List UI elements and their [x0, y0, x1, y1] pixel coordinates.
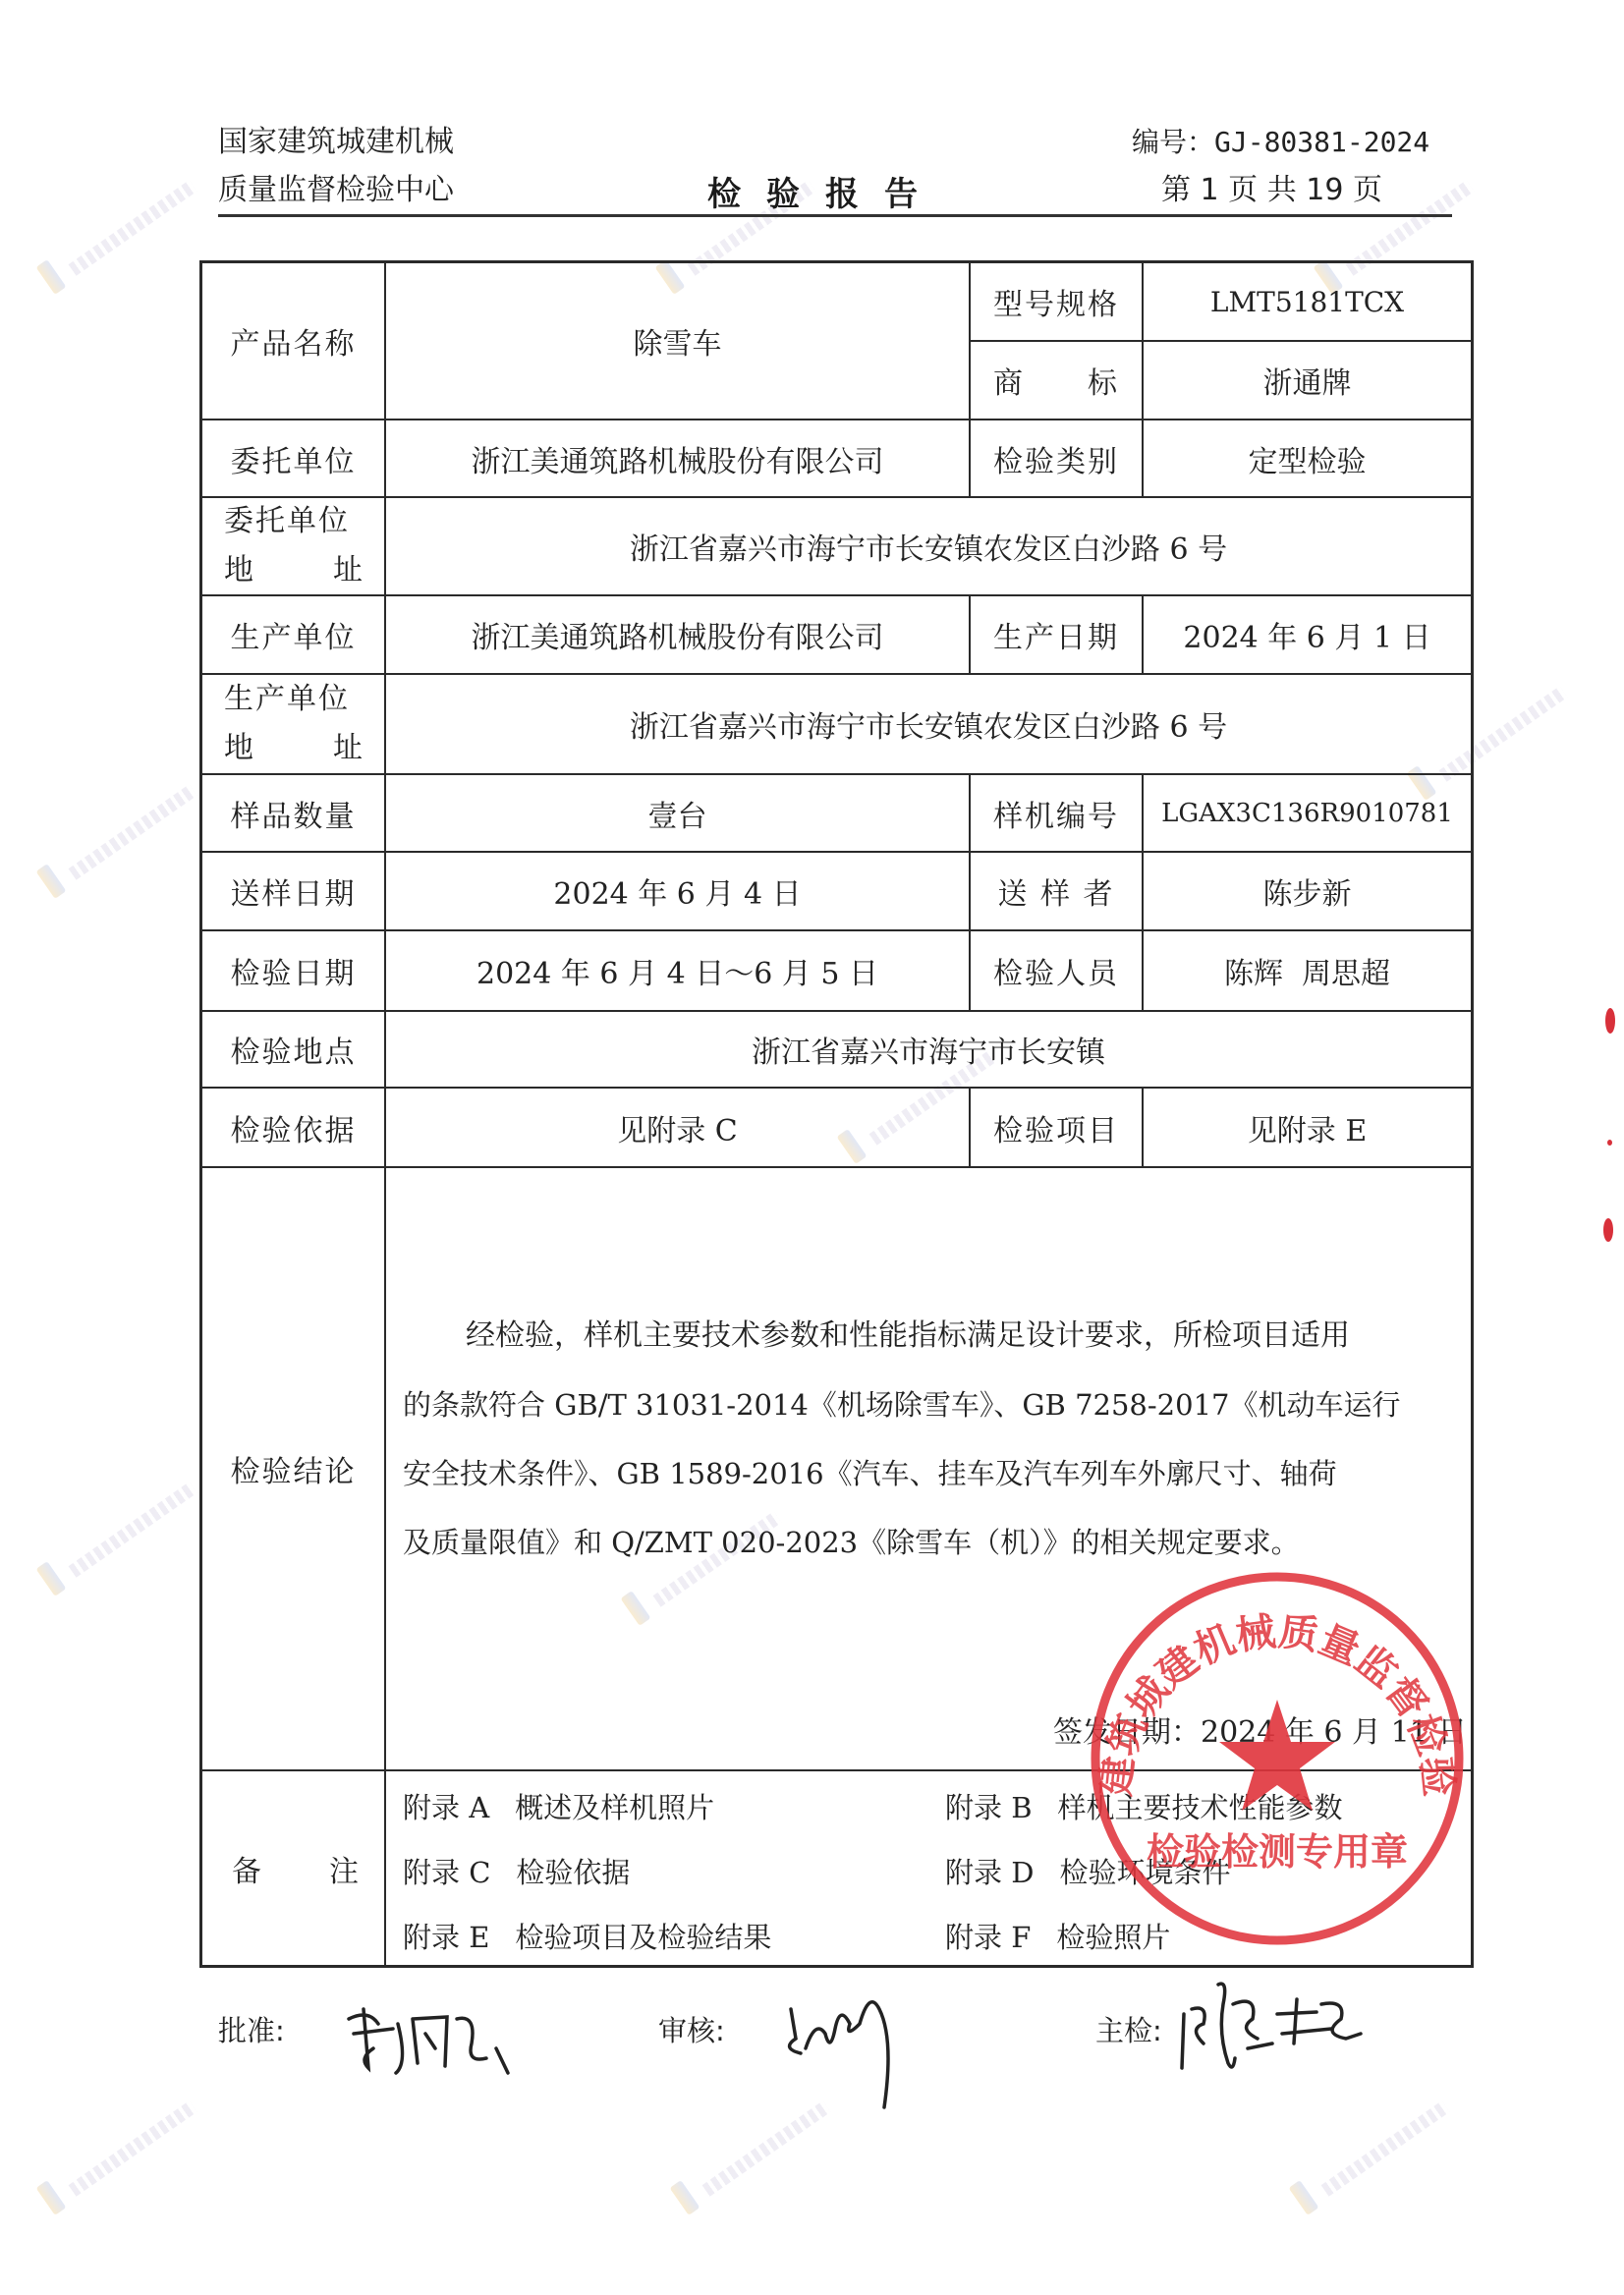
sample-no-label: 样机编号: [971, 775, 1142, 851]
notes-label-a: 备: [232, 1847, 261, 1890]
items-label: 检验项目: [971, 1089, 1142, 1166]
inspectors-value: 陈辉 周思超: [1144, 931, 1471, 1010]
official-seal-icon: 国家建筑城建机械质量监督检验中心 检验检测专用章: [1071, 1552, 1484, 1965]
note-item-e: 附录 E检验项目及检验结果: [403, 1916, 771, 1956]
model-value: LMT5181TCX: [1144, 263, 1471, 340]
note-code: 附录 E: [403, 1921, 489, 1954]
inspection-type-value: 定型检验: [1144, 420, 1471, 496]
notes-label-b: 注: [329, 1847, 359, 1890]
production-date-label: 生产日期: [971, 596, 1142, 673]
note-item-d: 附录 D检验环境条件: [945, 1851, 1231, 1891]
note-code: 附录 D: [945, 1856, 1034, 1889]
note-text: 样机主要技术性能参数: [1058, 1791, 1343, 1824]
issue-date: 签发日期：2024 年 6 月 11 日: [1053, 1707, 1467, 1751]
note-item-c: 附录 C检验依据: [403, 1851, 630, 1891]
items-value: 见附录 E: [1144, 1089, 1471, 1166]
note-code: 附录 C: [403, 1856, 490, 1889]
basis-label: 检验依据: [202, 1089, 384, 1166]
brand-label: 商 标: [971, 342, 1142, 419]
note-code: 附录 F: [945, 1921, 1031, 1954]
header-rule: [218, 214, 1452, 217]
svg-text:国家建筑城建机械质量监督检验中心: 国家建筑城建机械质量监督检验中心: [1071, 1552, 1461, 1798]
basis-value: 见附录 C: [386, 1089, 969, 1166]
notes-label: 备 注: [202, 1771, 384, 1965]
org-name-line2: 质量监督检验中心: [218, 172, 454, 209]
client-value: 浙江美通筑路机械股份有限公司: [386, 420, 969, 496]
conclusion-line: 及质量限值》和 Q/ZMT 020-2023《除雪车（机）》的相关规定要求。: [403, 1508, 1464, 1577]
note-text: 检验依据: [516, 1856, 630, 1889]
client-address-label: 委托单位 地址: [202, 498, 384, 594]
note-code: 附录 B: [945, 1791, 1033, 1824]
page-info: 第 1 页 共 19 页: [1161, 172, 1382, 209]
approve-label: 批准:: [218, 2009, 285, 2049]
conclusion-line: 经检验，样机主要技术参数和性能指标满足设计要求，所检项目适用: [466, 1302, 1468, 1371]
sample-no-value: LGAX3C136R9010781: [1144, 775, 1471, 851]
conclusion-label: 检验结论: [202, 1168, 384, 1769]
location-value: 浙江省嘉兴市海宁市长安镇: [386, 1012, 1471, 1087]
manufacturer-address-label-zhi: 址: [333, 724, 363, 773]
approver-signature-icon: [339, 1989, 526, 2083]
product-name-value: 除雪车: [386, 263, 969, 419]
conclusion-line: 的条款符合 GB/T 31031-2014《机场除雪车》、GB 7258-201…: [403, 1371, 1464, 1439]
inspectors-label: 检验人员: [971, 931, 1142, 1010]
note-code: 附录 A: [403, 1791, 489, 1824]
reviewer-signature-icon: [771, 1980, 919, 2117]
production-date-value: 2024 年 6 月 1 日: [1144, 596, 1471, 673]
location-label: 检验地点: [202, 1012, 384, 1087]
sender-value: 陈步新: [1144, 853, 1471, 929]
review-label: 审核:: [658, 2009, 725, 2049]
inspector-signature-icon: [1174, 1975, 1400, 2083]
client-address-label-line1: 委托单位: [224, 497, 350, 546]
manufacturer-label: 生产单位: [202, 596, 384, 673]
manufacturer-address-label-line1: 生产单位: [224, 675, 350, 724]
org-name-line1: 国家建筑城建机械: [218, 124, 454, 161]
sender-label: 送 样 者: [971, 853, 1142, 929]
client-address-label-di: 地: [224, 546, 253, 595]
product-name-label: 产品名称: [202, 263, 384, 419]
inspection-date-value: 2024 年 6 月 4 日～6 月 5 日: [386, 931, 969, 1010]
inspection-date-label: 检验日期: [202, 931, 384, 1010]
delivery-date-label: 送样日期: [202, 853, 384, 929]
report-number: 编号：GJ-80381-2024: [1132, 124, 1429, 161]
note-text: 概述及样机照片: [515, 1791, 714, 1824]
sample-qty-label: 样品数量: [202, 775, 384, 851]
report-title: 检验报告: [707, 167, 943, 215]
manufacturer-address-label: 生产单位 地址: [202, 675, 384, 773]
note-item-a: 附录 A概述及样机照片: [403, 1786, 714, 1826]
delivery-date-value: 2024 年 6 月 4 日: [386, 853, 969, 929]
manufacturer-address-value: 浙江省嘉兴市海宁市长安镇农发区白沙路 6 号: [386, 675, 1471, 773]
inspection-type-label: 检验类别: [971, 420, 1142, 496]
note-text: 检验照片: [1056, 1921, 1170, 1954]
sample-qty-value: 壹台: [386, 775, 969, 851]
brand-value: 浙通牌: [1144, 342, 1471, 419]
manufacturer-value: 浙江美通筑路机械股份有限公司: [386, 596, 969, 673]
client-label: 委托单位: [202, 420, 384, 496]
note-text: 检验项目及检验结果: [515, 1921, 771, 1954]
client-address-value: 浙江省嘉兴市海宁市长安镇农发区白沙路 6 号: [386, 498, 1471, 594]
inspector-label: 主检:: [1095, 2009, 1162, 2049]
manufacturer-address-label-di: 地: [224, 724, 253, 773]
note-item-b: 附录 B样机主要技术性能参数: [945, 1786, 1343, 1826]
conclusion-line: 安全技术条件》、GB 1589-2016《汽车、挂车及汽车列车外廓尺寸、轴荷: [403, 1439, 1464, 1508]
model-label: 型号规格: [971, 263, 1142, 340]
note-text: 检验环境条件: [1059, 1856, 1230, 1889]
seal-top-text: 国家建筑城建机械质量监督检验中心: [1071, 1552, 1461, 1798]
note-item-f: 附录 F检验照片: [945, 1916, 1170, 1956]
client-address-label-zhi: 址: [333, 546, 363, 595]
